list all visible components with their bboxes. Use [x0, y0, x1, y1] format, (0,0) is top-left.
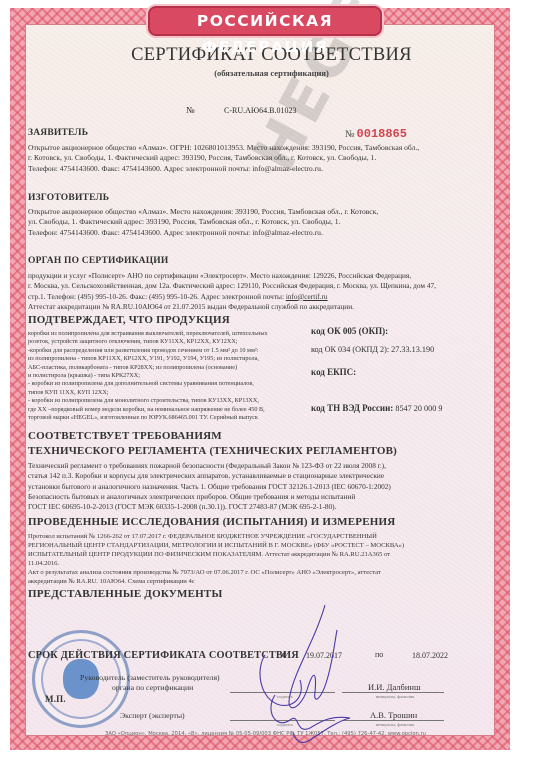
applicant-line: г. Котовск, ул. Свободы, 1. Фактический … — [28, 153, 508, 163]
tests-line: ИСПЫТАТЕЛЬНЫЙ ЦЕНТР ПРОДУКЦИИ ПО ФИЗИЧЕС… — [28, 550, 508, 559]
product-line: - коробки из полипропилена для монолитно… — [28, 397, 303, 405]
documents-heading: ПРЕДСТАВЛЕННЫЕ ДОКУМЕНТЫ — [28, 588, 222, 600]
code-tnved-value: 8547 20 000 9 — [395, 404, 442, 413]
tests-line: 11.04.2016. — [28, 559, 508, 568]
code-okpd2-value: 27.33.13.190 — [391, 345, 434, 354]
code-tnved-label: код ТН ВЭД России: — [311, 403, 393, 413]
certification-body-heading: ОРГАН ПО СЕРТИФИКАЦИИ — [28, 256, 169, 266]
tests-details: Протокол испытаний № 1266-262 от 17.07.2… — [28, 532, 508, 586]
applicant-heading: ЗАЯВИТЕЛЬ — [28, 128, 88, 138]
product-description: коробки из полипропилена для встраивания… — [28, 330, 303, 422]
applicant-line: Открытое акционерное общество «Алмаз». О… — [28, 143, 508, 153]
manufacturer-line: Открытое акционерное общество «Алмаз». М… — [28, 207, 508, 217]
requirements-line: установки бытового и аналогичного назнач… — [28, 482, 513, 492]
product-heading: ПОДТВЕРЖДАЕТ, ЧТО ПРОДУКЦИЯ — [28, 314, 230, 326]
product-line: типов КУП 11ХХ, КУП 12ХХ; — [28, 389, 303, 397]
code-okp-label: код ОК 005 (ОКП): — [311, 326, 388, 336]
requirements-details: Технический регламент о требованиях пожа… — [28, 461, 513, 512]
applicant-line: Телефон: 4754143600. Факс: 4754143600. А… — [28, 164, 508, 174]
tests-line: Протокол испытаний № 1266-262 от 17.07.2… — [28, 532, 508, 541]
serial-number-label: № — [345, 129, 355, 140]
serial-number-value: 0018865 — [357, 127, 407, 141]
tests-line: РЕГИОНАЛЬНЫЙ ЦЕНТР СТАНДАРТИЗАЦИИ, МЕТРО… — [28, 541, 508, 550]
head-signatory-label: Руководитель (заместитель руководителя) — [80, 673, 220, 683]
accreditation-line: Аттестат аккредитации № RA.RU.10АЮ64 от … — [28, 302, 513, 312]
expert-label: Эксперт (эксперты) — [120, 711, 185, 721]
tests-heading: ПРОВЕДЕННЫЕ ИССЛЕДОВАНИЯ (ИСПЫТАНИЯ) И И… — [28, 516, 395, 528]
certification-body-line: г. Москва, ул. Сельскохозяйственная, дом… — [28, 281, 513, 291]
product-line: -коробки для распределения или разветвле… — [28, 347, 303, 355]
document-subtitle: (обязательная сертификация) — [0, 68, 543, 78]
code-ekps: код ЕКПС: — [311, 367, 356, 377]
country-banner: РОССИЙСКАЯ ФЕДЕРАЦИЯ — [148, 6, 382, 36]
requirements-heading: СООТВЕТСТВУЕТ ТРЕБОВАНИЯМ — [28, 430, 222, 442]
email-link[interactable]: info@certif.ru — [286, 292, 328, 301]
product-line: где ХХ –порядковый номер модели коробки,… — [28, 406, 303, 414]
serial-number: №0018865 — [345, 127, 407, 141]
applicant-details: Открытое акционерное общество «Алмаз». О… — [28, 143, 508, 174]
signature-scribble-icon — [255, 600, 375, 750]
manufacturer-details: Открытое акционерное общество «Алмаз». М… — [28, 207, 508, 238]
requirements-line: ГОСТ IEC 60695-10-2-2013 (ГОСТ МЭК 60335… — [28, 502, 513, 512]
requirements-line: Безопасность бытовых и аналогичных элект… — [28, 492, 513, 502]
certification-body-line: продукции и услуг «Полисерт» АНО по серт… — [28, 271, 513, 281]
validity-to-date: 18.07.2022 — [412, 651, 448, 661]
code-ekps-label: код ЕКПС: — [311, 367, 356, 377]
product-line: и полистирола (крышка) - типа КРК27ХХ; — [28, 372, 303, 380]
manufacturer-line: ул. Свободы, 1. Фактический адрес: 39319… — [28, 217, 508, 227]
expert-name: А.В. Трошин — [370, 710, 417, 720]
certification-body-details: продукции и услуг «Полисерт» АНО по серт… — [28, 271, 513, 312]
head-signatory-name: И.И. Далбинш — [368, 682, 421, 692]
code-okpd2: код ОК 034 (ОКПД 2): 27.33.13.190 — [311, 345, 434, 354]
code-okpd2-label: код ОК 034 (ОКПД 2): — [311, 345, 389, 354]
certificate-number-label: № — [186, 105, 195, 115]
stamp-placeholder-label: М.П. — [45, 694, 66, 704]
tests-line: Акт о результатах анализа состояния прои… — [28, 568, 508, 577]
manufacturer-heading: ИЗГОТОВИТЕЛЬ — [28, 193, 109, 203]
certificate-number: C-RU.АЮ64.В.01023 — [224, 106, 296, 115]
product-line: АБС-пластика, поликарбоната - типов КР28… — [28, 364, 303, 372]
product-line: торговой марки «HEGEL», изготовленные по… — [28, 414, 303, 422]
requirements-line: статья 142 п.3. Коробки и корпусы для эл… — [28, 471, 513, 481]
tests-line: аккредитации № RA.RU. 10АЮ64. Схема серт… — [28, 577, 508, 586]
head-signatory-label-2: органа по сертификации — [112, 683, 193, 693]
contact-text: стр.1. Телефон: (495) 995-10-26. Факс: (… — [28, 292, 286, 301]
product-line: розеток, устройств защитного отключения,… — [28, 338, 303, 346]
certification-body-line: стр.1. Телефон: (495) 995-10-26. Факс: (… — [28, 292, 513, 302]
requirements-line: Технический регламент о требованиях пожа… — [28, 461, 513, 471]
product-line: коробки из полипропилена для встраивания… — [28, 330, 303, 338]
code-tnved: код ТН ВЭД России: 8547 20 000 9 — [311, 403, 442, 413]
code-okp: код ОК 005 (ОКП): — [311, 326, 388, 336]
requirements-subheading: ТЕХНИЧЕСКОГО РЕГЛАМЕНТА (ТЕХНИЧЕСКИХ РЕГ… — [28, 445, 397, 457]
manufacturer-line: Телефон: 4754143600. Факс: 4754143600. А… — [28, 228, 508, 238]
product-line: из полипропилена - типов КР11ХХ, КР12ХХ,… — [28, 355, 303, 363]
validity-to-label: по — [375, 650, 383, 660]
product-line: - коробки из полипропилена для дополните… — [28, 380, 303, 388]
